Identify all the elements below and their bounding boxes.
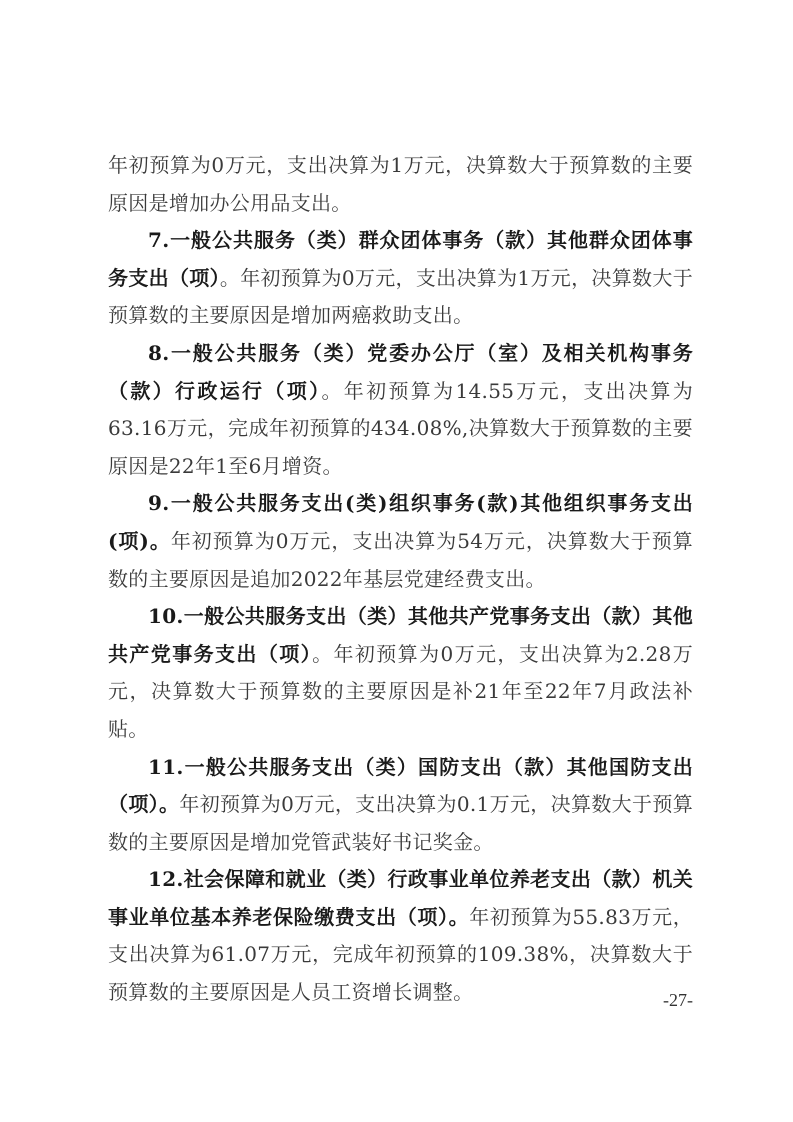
paragraph-item-7: 7.一般公共服务（类）群众团体事务（款）其他群众团体事务支出（项）。年初预算为0… [108, 222, 693, 335]
paragraph-item-9: 9.一般公共服务支出(类)组织事务(款)其他组织事务支出(项)。年初预算为0万元… [108, 485, 693, 598]
paragraph-continuation: 年初预算为0万元，支出决算为1万元，决算数大于预算数的主要原因是增加办公用品支出… [108, 147, 693, 222]
paragraph-text: 年初预算为0万元，支出决算为0.1万元，决算数大于预算数的主要原因是增加党管武装… [108, 792, 693, 854]
paragraph-item-8: 8.一般公共服务（类）党委办公厅（室）及相关机构事务（款）行政运行（项）。年初预… [108, 335, 693, 485]
paragraph-item-10: 10.一般公共服务支出（类）其他共产党事务支出（款）其他共产党事务支出（项）。年… [108, 598, 693, 748]
paragraph-item-11: 11.一般公共服务支出（类）国防支出（款）其他国防支出（项）。年初预算为0万元，… [108, 749, 693, 862]
document-page: 年初预算为0万元，支出决算为1万元，决算数大于预算数的主要原因是增加办公用品支出… [108, 147, 693, 1012]
paragraph-text: 年初预算为0万元，支出决算为1万元，决算数大于预算数的主要原因是增加办公用品支出… [108, 153, 693, 215]
paragraph-text: 年初预算为0万元，支出决算为54万元，决算数大于预算数的主要原因是追加2022年… [108, 529, 693, 591]
paragraph-item-12: 12.社会保障和就业（类）行政事业单位养老支出（款）机关事业单位基本养老保险缴费… [108, 861, 693, 1011]
page-number: -27- [663, 990, 693, 1011]
